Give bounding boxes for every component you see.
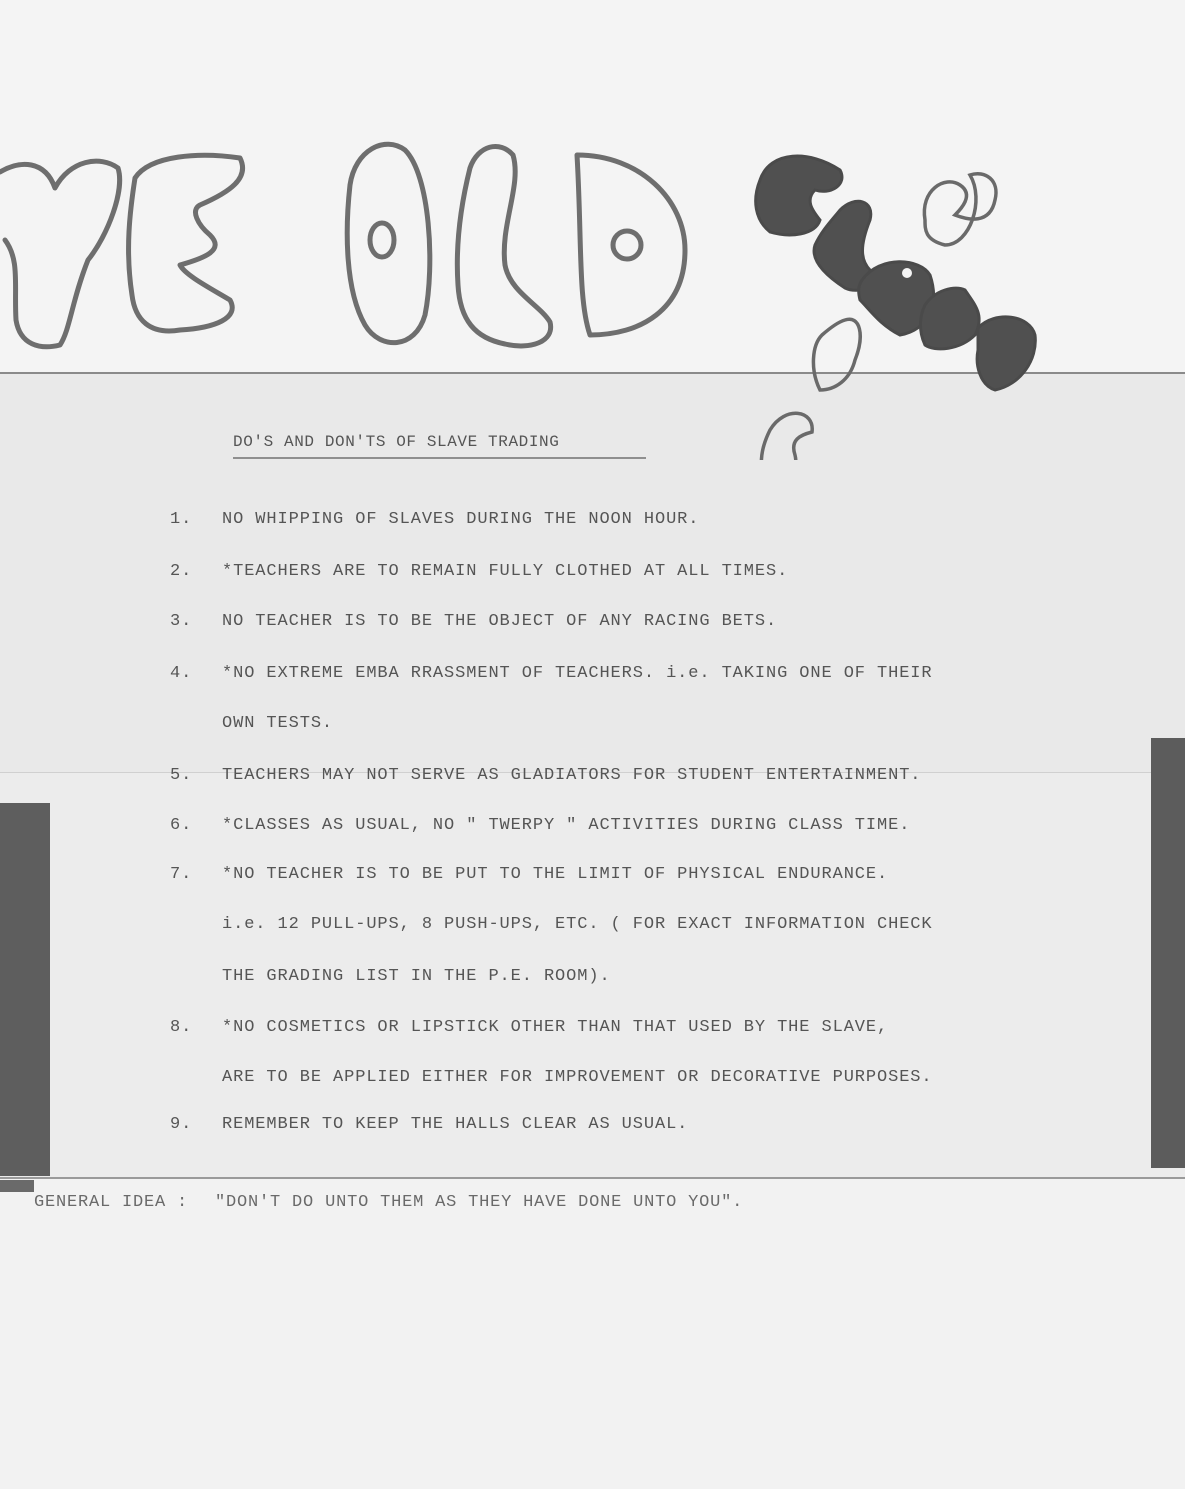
rule-continuation: OWN TESTS. <box>222 714 333 733</box>
handwritten-title <box>0 60 1185 460</box>
rule-number: 9. <box>170 1115 192 1134</box>
document-heading: DO'S AND DON'TS OF SLAVE TRADING <box>233 433 646 459</box>
scan-shadow-left-tail <box>0 1180 34 1192</box>
rule-number: 8. <box>170 1018 192 1037</box>
rule-text: ARE TO BE APPLIED EITHER FOR IMPROVEMENT… <box>222 1068 933 1087</box>
rule-item: 4. *NO EXTREME EMBA RRASSMENT OF TEACHER… <box>222 664 933 683</box>
rule-text: TEACHERS MAY NOT SERVE AS GLADIATORS FOR… <box>222 766 921 785</box>
paper-bottom-section <box>0 1177 1185 1489</box>
rule-item: 3. NO TEACHER IS TO BE THE OBJECT OF ANY… <box>222 612 777 631</box>
rule-text: *NO COSMETICS OR LIPSTICK OTHER THAN THA… <box>222 1018 888 1037</box>
rule-number: 1. <box>170 510 192 529</box>
rule-continuation: ARE TO BE APPLIED EITHER FOR IMPROVEMENT… <box>222 1068 933 1087</box>
rule-number: 6. <box>170 816 192 835</box>
rule-item: 6. *CLASSES AS USUAL, NO " TWERPY " ACTI… <box>222 816 910 835</box>
letter-a-hole <box>902 268 912 278</box>
rule-text: NO WHIPPING OF SLAVES DURING THE NOON HO… <box>222 510 699 529</box>
rule-item: 9. REMEMBER TO KEEP THE HALLS CLEAR AS U… <box>222 1115 688 1134</box>
general-idea-label: GENERAL IDEA : <box>34 1193 188 1212</box>
outlined-letters <box>0 144 685 347</box>
bubble-lettering-drawing <box>0 60 1185 460</box>
rule-number: 4. <box>170 664 192 683</box>
rule-continuation: i.e. 12 PULL-UPS, 8 PUSH-UPS, ETC. ( FOR… <box>222 915 933 934</box>
rule-item: 1. NO WHIPPING OF SLAVES DURING THE NOON… <box>222 510 699 529</box>
rule-text: REMEMBER TO KEEP THE HALLS CLEAR AS USUA… <box>222 1115 688 1134</box>
rule-text: *TEACHERS ARE TO REMAIN FULLY CLOTHED AT… <box>222 562 788 581</box>
rule-text: THE GRADING LIST IN THE P.E. ROOM). <box>222 967 611 986</box>
rule-item: 7. *NO TEACHER IS TO BE PUT TO THE LIMIT… <box>222 865 888 884</box>
scan-shadow-right <box>1151 738 1185 1168</box>
rule-item: 8. *NO COSMETICS OR LIPSTICK OTHER THAN … <box>222 1018 888 1037</box>
rule-text: *NO EXTREME EMBA RRASSMENT OF TEACHERS. … <box>222 664 933 683</box>
rule-number: 5. <box>170 766 192 785</box>
rule-item: 5. TEACHERS MAY NOT SERVE AS GLADIATORS … <box>222 766 921 785</box>
general-idea-text: "DON'T DO UNTO THEM AS THEY HAVE DONE UN… <box>215 1193 743 1212</box>
rule-item: 2. *TEACHERS ARE TO REMAIN FULLY CLOTHED… <box>222 562 788 581</box>
rule-number: 3. <box>170 612 192 631</box>
rule-text: *CLASSES AS USUAL, NO " TWERPY " ACTIVIT… <box>222 816 910 835</box>
scan-shadow-left <box>0 803 50 1176</box>
rule-number: 7. <box>170 865 192 884</box>
rule-continuation: THE GRADING LIST IN THE P.E. ROOM). <box>222 967 611 986</box>
general-idea: GENERAL IDEA : "DON'T DO UNTO THEM AS TH… <box>34 1193 743 1212</box>
rule-text: OWN TESTS. <box>222 714 333 733</box>
rule-text: *NO TEACHER IS TO BE PUT TO THE LIMIT OF… <box>222 865 888 884</box>
rule-text: i.e. 12 PULL-UPS, 8 PUSH-UPS, ETC. ( FOR… <box>222 915 933 934</box>
rule-number: 2. <box>170 562 192 581</box>
filled-letters <box>756 156 1036 390</box>
rule-text: NO TEACHER IS TO BE THE OBJECT OF ANY RA… <box>222 612 777 631</box>
